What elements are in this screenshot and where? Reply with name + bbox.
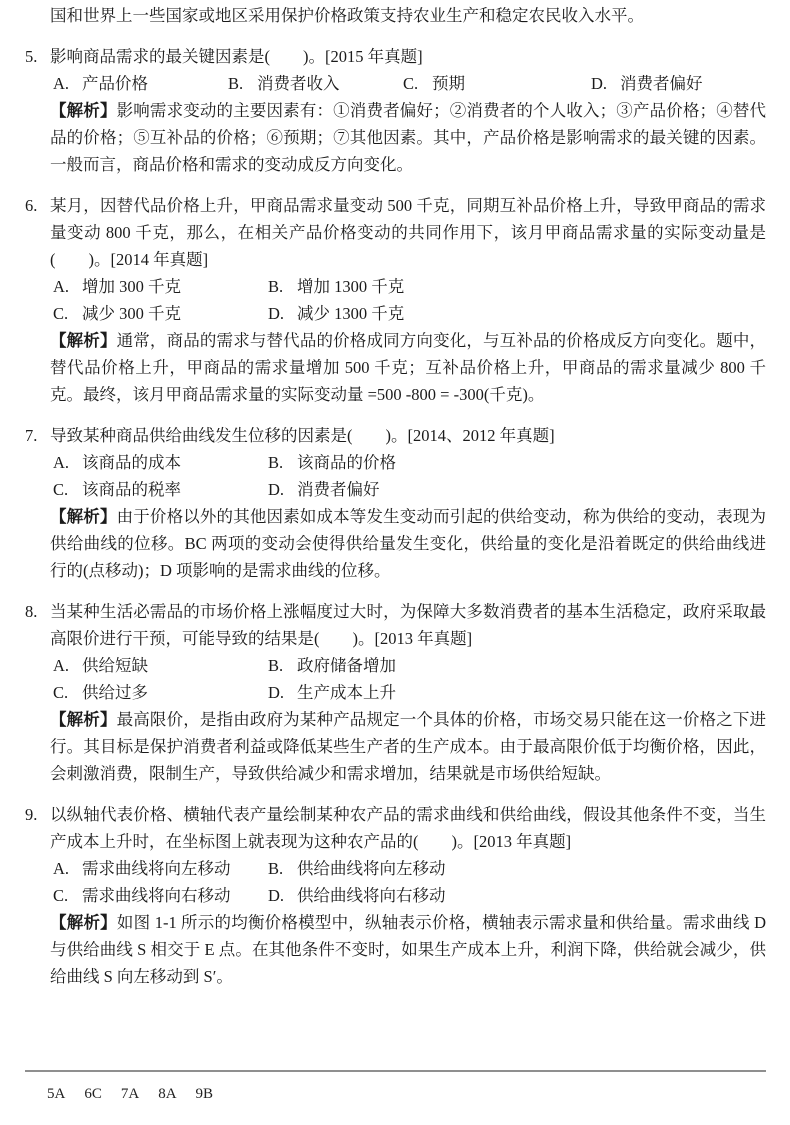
option-label: D. <box>268 882 297 909</box>
option-text: 产品价格 <box>82 74 148 93</box>
analysis-label: 【解析】 <box>50 710 117 729</box>
option-label: A. <box>53 449 82 476</box>
option-text: 减少 300 千克 <box>82 304 181 323</box>
option-text: 预期 <box>432 74 465 93</box>
question-text: 影响商品需求的最关键因素是( )。[2015 年真题] <box>50 43 766 70</box>
question-body: 某月，因替代品价格上升，甲商品需求量变动 500 千克，同期互补品价格上升，导致… <box>50 192 766 408</box>
analysis-label: 【解析】 <box>50 913 117 932</box>
page-footer: 5A 6C 7A 8A 9B <box>25 1070 766 1108</box>
analysis-paragraph: 【解析】通常，商品的需求与替代品的价格成同方向变化，与互补品的价格成反方向变化。… <box>50 327 766 408</box>
option-label: B. <box>268 652 297 679</box>
option-text: 供给短缺 <box>82 656 148 675</box>
option-label: B. <box>268 855 297 882</box>
option-label: B. <box>268 273 297 300</box>
option-text: 消费者偏好 <box>297 480 380 499</box>
analysis-label: 【解析】 <box>50 507 117 526</box>
option-text: 该商品的税率 <box>82 480 181 499</box>
analysis-text: 如图 1-1 所示的均衡价格模型中，纵轴表示价格，横轴表示需求量和供给量。需求曲… <box>50 913 766 986</box>
question-7: 7. 导致某种商品供给曲线发生位移的因素是( )。[2014、2012 年真题]… <box>25 422 766 584</box>
question-number: 6. <box>25 192 50 408</box>
option-d: D.消费者偏好 <box>268 476 766 503</box>
option-d: D.生产成本上升 <box>268 679 766 706</box>
option-b: B.增加 1300 千克 <box>268 273 766 300</box>
option-text: 供给曲线将向右移动 <box>297 886 446 905</box>
option-label: A. <box>53 652 82 679</box>
answer-key-item: 6C <box>84 1081 102 1108</box>
analysis-paragraph: 【解析】最高限价，是指由政府为某种产品规定一个具体的价格，市场交易只能在这一价格… <box>50 706 766 787</box>
analysis-text: 影响需求变动的主要因素有：①消费者偏好；②消费者的个人收入；③产品价格；④替代品… <box>50 101 766 174</box>
option-b: B.政府储备增加 <box>268 652 766 679</box>
analysis-label: 【解析】 <box>50 331 117 350</box>
question-body: 导致某种商品供给曲线发生位移的因素是( )。[2014、2012 年真题] A.… <box>50 422 766 584</box>
option-label: A. <box>53 273 82 300</box>
option-text: 需求曲线将向右移动 <box>82 886 231 905</box>
analysis-text: 通常，商品的需求与替代品的价格成同方向变化，与互补品的价格成反方向变化。题中，替… <box>50 331 766 404</box>
answer-key: 5A 6C 7A 8A 9B <box>25 1072 766 1108</box>
option-a: A.该商品的成本 <box>53 449 268 476</box>
option-text: 增加 1300 千克 <box>297 277 404 296</box>
option-text: 供给曲线将向左移动 <box>297 859 446 878</box>
question-6: 6. 某月，因替代品价格上升，甲商品需求量变动 500 千克，同期互补品价格上升… <box>25 192 766 408</box>
option-label: A. <box>53 70 82 97</box>
option-label: C. <box>53 882 82 909</box>
option-text: 减少 1300 千克 <box>297 304 404 323</box>
answer-key-item: 5A <box>47 1081 65 1108</box>
answer-key-item: 9B <box>196 1081 214 1108</box>
question-text: 以纵轴代表价格、横轴代表产量绘制某种农产品的需求曲线和供给曲线，假设其他条件不变… <box>50 801 766 855</box>
options-grid: A.需求曲线将向左移动 B.供给曲线将向左移动 C.需求曲线将向右移动 D.供给… <box>50 855 766 909</box>
question-text: 某月，因替代品价格上升，甲商品需求量变动 500 千克，同期互补品价格上升，导致… <box>50 192 766 273</box>
option-c: C.供给过多 <box>53 679 268 706</box>
answer-key-item: 7A <box>121 1081 139 1108</box>
option-text: 该商品的成本 <box>82 453 181 472</box>
option-c: C.该商品的税率 <box>53 476 268 503</box>
option-text: 需求曲线将向左移动 <box>82 859 231 878</box>
question-body: 以纵轴代表价格、横轴代表产量绘制某种农产品的需求曲线和供给曲线，假设其他条件不变… <box>50 801 766 990</box>
option-c: C.减少 300 千克 <box>53 300 268 327</box>
options-grid: A.增加 300 千克 B.增加 1300 千克 C.减少 300 千克 D.减… <box>50 273 766 327</box>
analysis-paragraph: 【解析】如图 1-1 所示的均衡价格模型中，纵轴表示价格，横轴表示需求量和供给量… <box>50 909 766 990</box>
question-body: 当某种生活必需品的市场价格上涨幅度过大时，为保障大多数消费者的基本生活稳定，政府… <box>50 598 766 787</box>
options-grid: A.供给短缺 B.政府储备增加 C.供给过多 D.生产成本上升 <box>50 652 766 706</box>
options-row: A.产品价格 B.消费者收入 C.预期 D.消费者偏好 <box>50 70 766 97</box>
question-8: 8. 当某种生活必需品的市场价格上涨幅度过大时，为保障大多数消费者的基本生活稳定… <box>25 598 766 787</box>
question-5: 5. 影响商品需求的最关键因素是( )。[2015 年真题] A.产品价格 B.… <box>25 43 766 178</box>
option-b: B.该商品的价格 <box>268 449 766 476</box>
option-label: D. <box>268 679 297 706</box>
question-number: 9. <box>25 801 50 990</box>
document-page: 国和世界上一些国家或地区采用保护价格政策支持农业生产和稳定农民收入水平。 5. … <box>0 0 790 1125</box>
option-label: B. <box>228 70 257 97</box>
option-label: C. <box>403 70 432 97</box>
options-grid: A.该商品的成本 B.该商品的价格 C.该商品的税率 D.消费者偏好 <box>50 449 766 503</box>
paragraph-continuation: 国和世界上一些国家或地区采用保护价格政策支持农业生产和稳定农民收入水平。 <box>50 2 766 29</box>
question-9: 9. 以纵轴代表价格、横轴代表产量绘制某种农产品的需求曲线和供给曲线，假设其他条… <box>25 801 766 990</box>
question-body: 影响商品需求的最关键因素是( )。[2015 年真题] A.产品价格 B.消费者… <box>50 43 766 178</box>
option-text: 生产成本上升 <box>297 683 396 702</box>
question-number: 7. <box>25 422 50 584</box>
option-text: 该商品的价格 <box>297 453 396 472</box>
option-d: D.供给曲线将向右移动 <box>268 882 766 909</box>
option-text: 供给过多 <box>82 683 148 702</box>
option-label: C. <box>53 476 82 503</box>
option-c: C.需求曲线将向右移动 <box>53 882 268 909</box>
option-label: D. <box>268 300 297 327</box>
option-a: A.供给短缺 <box>53 652 268 679</box>
option-label: D. <box>268 476 297 503</box>
option-b: B.消费者收入 <box>228 70 403 97</box>
option-text: 增加 300 千克 <box>82 277 181 296</box>
option-text: 消费者偏好 <box>620 74 703 93</box>
option-d: D.消费者偏好 <box>591 70 766 97</box>
answer-key-item: 8A <box>158 1081 176 1108</box>
option-label: C. <box>53 300 82 327</box>
option-a: A.需求曲线将向左移动 <box>53 855 268 882</box>
analysis-paragraph: 【解析】影响需求变动的主要因素有：①消费者偏好；②消费者的个人收入；③产品价格；… <box>50 97 766 178</box>
option-d: D.减少 1300 千克 <box>268 300 766 327</box>
option-label: A. <box>53 855 82 882</box>
option-label: D. <box>591 70 620 97</box>
question-number: 5. <box>25 43 50 178</box>
option-c: C.预期 <box>403 70 591 97</box>
option-b: B.供给曲线将向左移动 <box>268 855 766 882</box>
option-label: B. <box>268 449 297 476</box>
option-label: C. <box>53 679 82 706</box>
analysis-text: 最高限价，是指由政府为某种产品规定一个具体的价格，市场交易只能在这一价格之下进行… <box>50 710 766 783</box>
analysis-text: 由于价格以外的其他因素如成本等发生变动而引起的供给变动，称为供给的变动，表现为供… <box>50 507 766 580</box>
question-text: 导致某种商品供给曲线发生位移的因素是( )。[2014、2012 年真题] <box>50 422 766 449</box>
question-text: 当某种生活必需品的市场价格上涨幅度过大时，为保障大多数消费者的基本生活稳定，政府… <box>50 598 766 652</box>
option-a: A.增加 300 千克 <box>53 273 268 300</box>
analysis-label: 【解析】 <box>50 101 117 120</box>
option-text: 消费者收入 <box>257 74 340 93</box>
question-number: 8. <box>25 598 50 787</box>
analysis-paragraph: 【解析】由于价格以外的其他因素如成本等发生变动而引起的供给变动，称为供给的变动，… <box>50 503 766 584</box>
option-a: A.产品价格 <box>53 70 228 97</box>
option-text: 政府储备增加 <box>297 656 396 675</box>
